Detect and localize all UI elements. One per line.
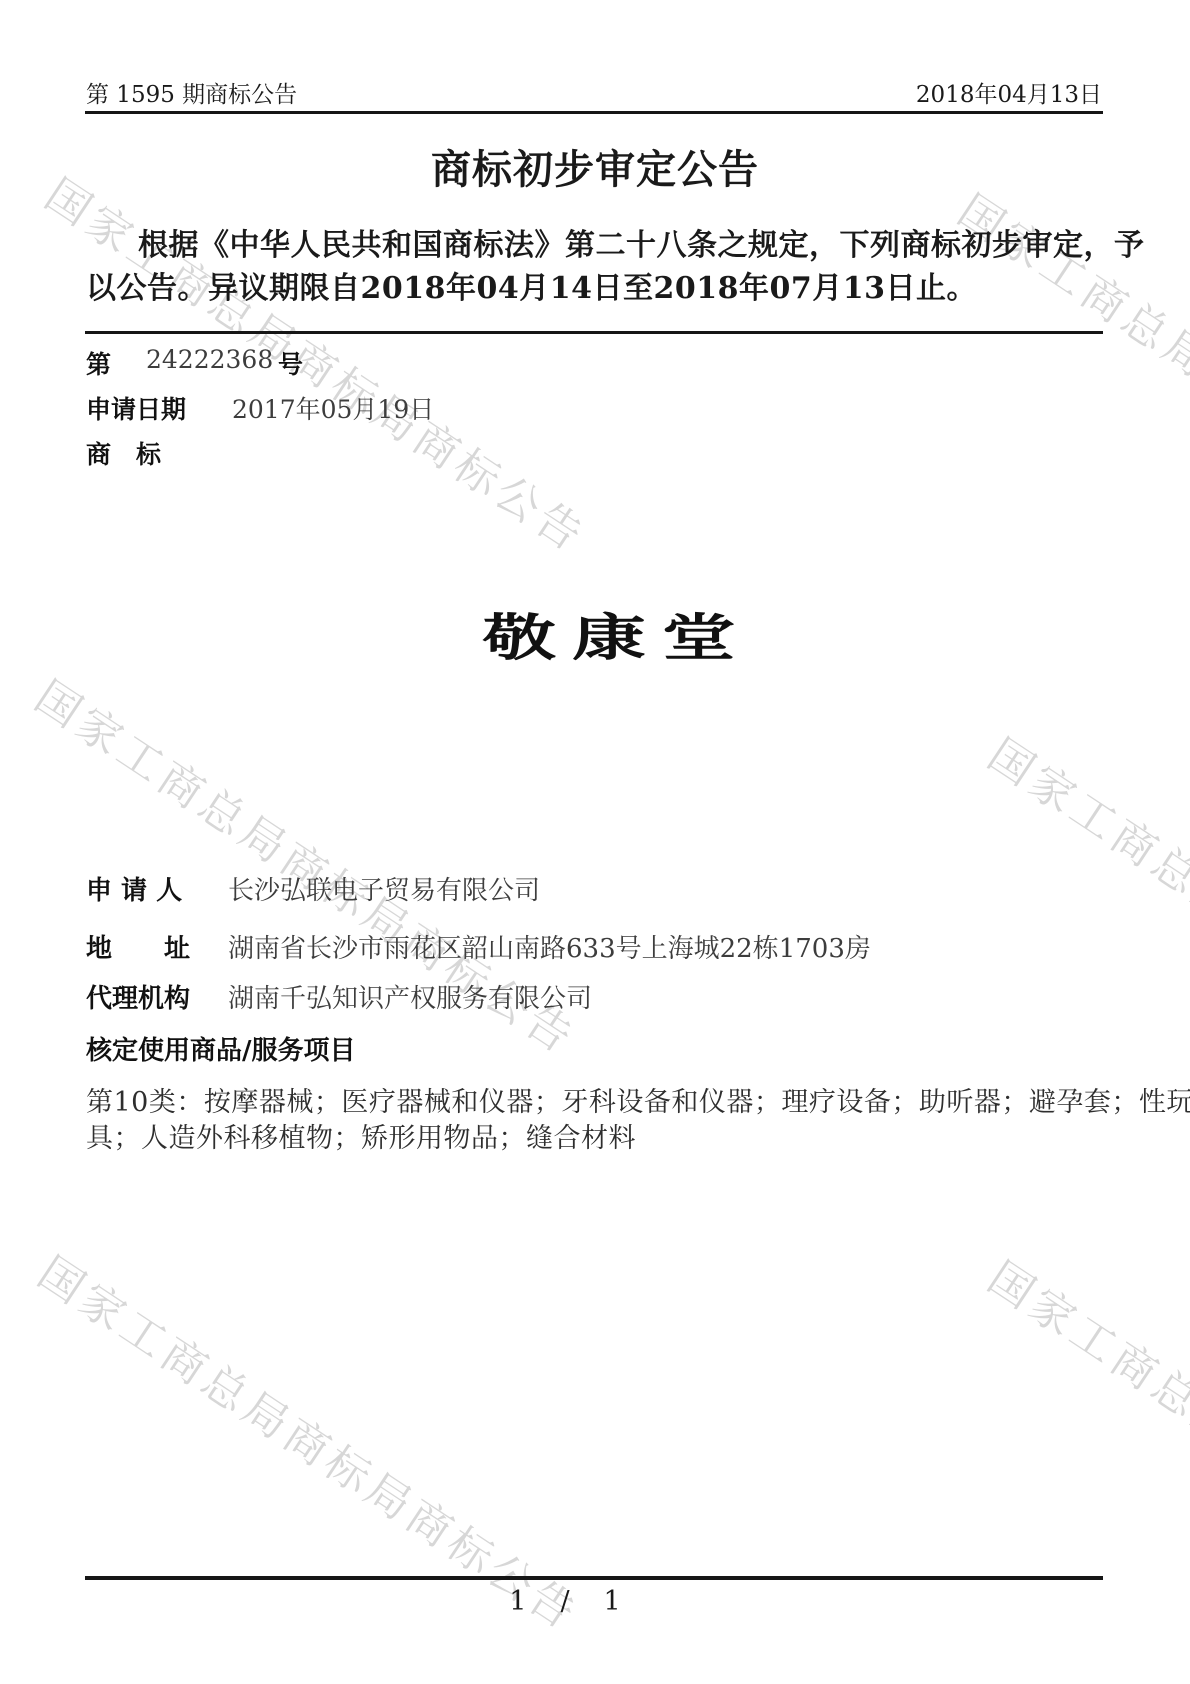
trademark-mark: 敬康堂 [482, 598, 751, 670]
watermark-text: 国家工商总局商标局商标公告 [978, 720, 1190, 1125]
header-rule [85, 111, 1103, 114]
gazette-page: { "page": { "header": { "issue": "第 1595… [0, 0, 1190, 1684]
intro-paragraph-line-2: 以公告。异议期限自2018年04月14日至2018年07月13日止。 [86, 263, 1106, 307]
address-value: 湖南省长沙市雨花区韶山南路633号上海城22栋1703房 [228, 928, 871, 965]
footer-rule [85, 1576, 1103, 1580]
address-row: 地 址 湖南省长沙市雨花区韶山南路633号上海城22栋1703房 [86, 928, 1106, 962]
application-date-row: 申请日期 2017年05月19日 [86, 390, 1106, 424]
agency-name: 湖南千弘知识产权服务有限公司 [228, 978, 592, 1015]
goods-services-heading: 核定使用商品/服务项目 [86, 1030, 356, 1067]
application-date-value: 2017年05月19日 [232, 390, 434, 426]
goods-list-line-2: 具；人造外科移植物；矫形用物品；缝合材料 [86, 1116, 1106, 1155]
current-page-number: 1 [509, 1586, 526, 1617]
page-title: 商标初步审定公告 [0, 138, 1190, 195]
trademark-label-row: 商 标 [86, 435, 1106, 469]
agency-row: 代理机构 湖南千弘知识产权服务有限公司 [86, 978, 1106, 1012]
page-separator: / [560, 1586, 569, 1617]
total-page-number: 1 [604, 1586, 621, 1617]
section-rule [85, 331, 1103, 334]
applicant-row: 申 请 人 长沙弘联电子贸易有限公司 [86, 870, 1106, 904]
reg-prefix-label: 第 [86, 345, 111, 381]
applicant-label: 申 请 人 [86, 870, 182, 907]
goods-list-line-1: 第10类：按摩器械；医疗器械和仪器；牙科设备和仪器；理疗设备；助听器；避孕套；性… [86, 1080, 1106, 1119]
applicant-name: 长沙弘联电子贸易有限公司 [228, 870, 540, 907]
registration-number-row: 第 24222368 号 [86, 345, 1106, 379]
page-number-footer: 1 / 1 [0, 1586, 1160, 1617]
trademark-label: 商 标 [86, 435, 161, 471]
agency-label: 代理机构 [86, 978, 190, 1015]
watermark-text: 国家工商总局商标局商标公告 [28, 1238, 595, 1643]
intro-paragraph-line-1: 根据《中华人民共和国商标法》第二十八条之规定，下列商标初步审定，予 [86, 220, 1158, 264]
reg-suffix-label: 号 [278, 345, 303, 381]
address-label: 地 址 [86, 928, 190, 965]
application-date-label: 申请日期 [86, 390, 186, 426]
gazette-date: 2018年04月13日 [916, 76, 1102, 109]
registration-number: 24222368 [146, 345, 273, 374]
gazette-issue-number: 第 1595 期商标公告 [86, 76, 297, 109]
